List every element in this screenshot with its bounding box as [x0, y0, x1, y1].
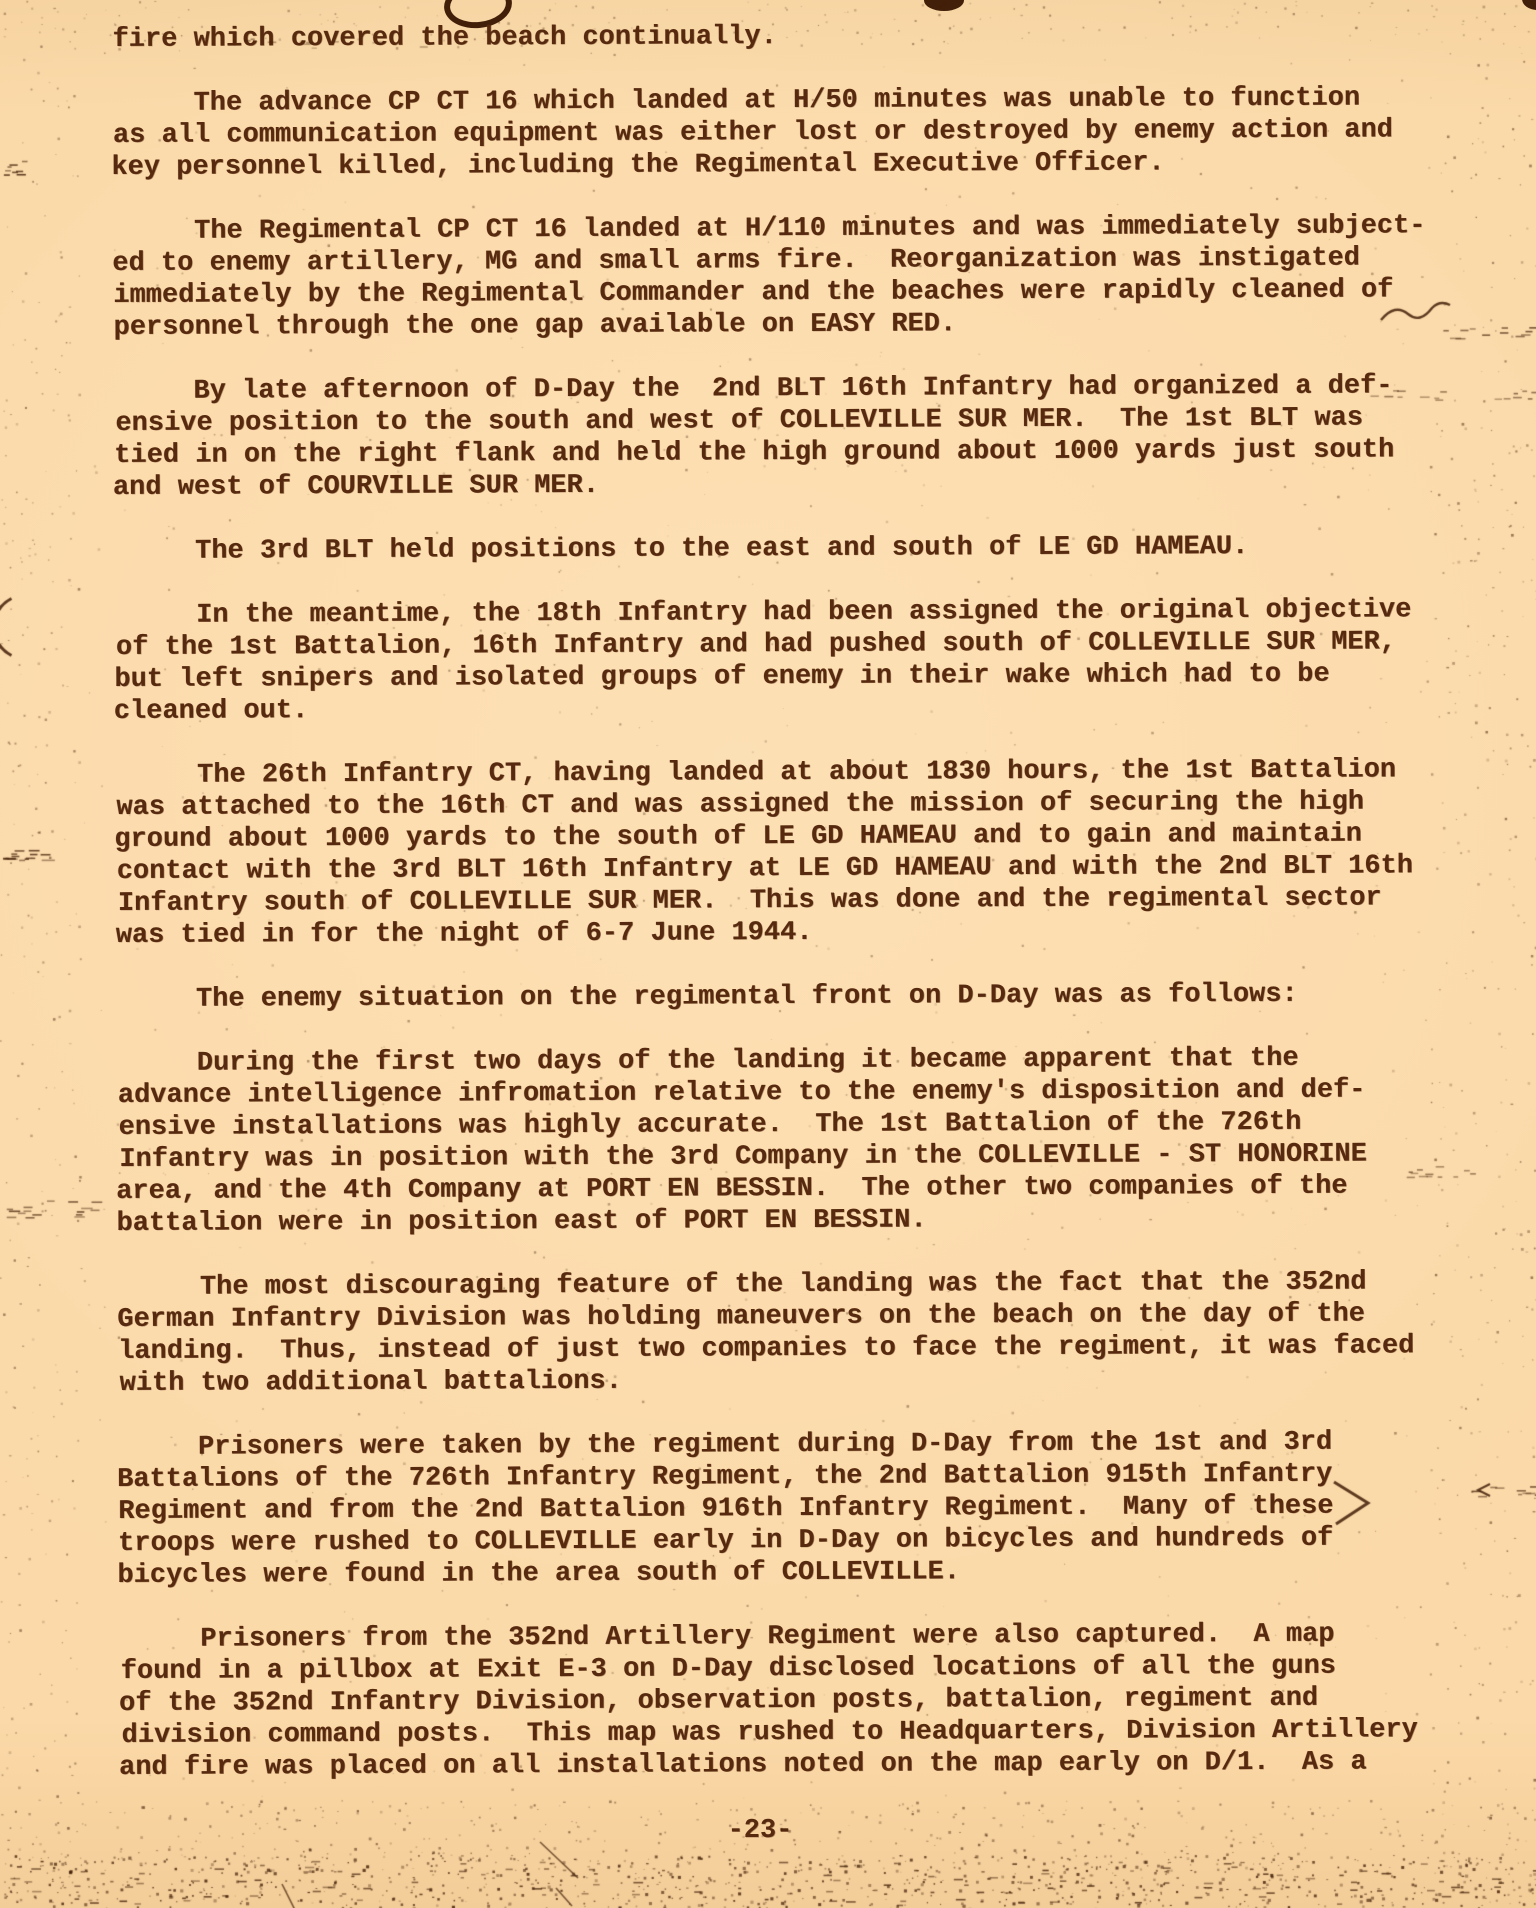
paragraph: Prisoners from the 352nd Artillery Regim…: [119, 1618, 1480, 1784]
text-line: personnel through the one gap available …: [114, 306, 1474, 344]
text-line: area, and the 4th Company at PORT EN BES…: [116, 1170, 1477, 1208]
paragraph: The 26th Infantry CT, having landed at a…: [115, 754, 1476, 952]
paragraph: In the meantime, the 18th Infantry had b…: [115, 594, 1476, 728]
paragraph: The enemy situation on the regimental fr…: [116, 978, 1476, 1016]
document-text: fire which covered the beach continually…: [112, 18, 1480, 1784]
paragraph: fire which covered the beach continually…: [112, 18, 1472, 56]
text-line: and fire was placed on all installations…: [119, 1746, 1480, 1784]
paragraph: During the first two days of the landing…: [116, 1042, 1477, 1240]
text-line: battalion were in position east of PORT …: [116, 1202, 1477, 1240]
text-line: with two additional battalions.: [120, 1362, 1478, 1400]
text-line: cleaned out.: [114, 690, 1475, 728]
paragraph: The most discouraging feature of the lan…: [117, 1266, 1478, 1400]
text-line: immediately by the Regimental Commander …: [113, 274, 1473, 312]
ink-blob-top-center: [924, 0, 964, 11]
text-line: and west of COURVILLE SUR MER.: [113, 466, 1474, 504]
text-line: but left snipers and isolated groups of …: [114, 658, 1475, 696]
text-line: The 3rd BLT held positions to the east a…: [114, 530, 1474, 568]
paragraph: By late afternoon of D-Day the 2nd BLT 1…: [114, 370, 1475, 504]
page-number: -23-: [112, 1816, 1408, 1846]
paragraph: The 3rd BLT held positions to the east a…: [114, 530, 1474, 568]
text-line: bicycles were found in the area south of…: [117, 1554, 1478, 1592]
paragraph: The advance CP CT 16 which landed at H/5…: [112, 82, 1472, 184]
text-line: landing. Thus, instead of just two compa…: [118, 1330, 1478, 1368]
text-line: was tied in for the night of 6-7 June 19…: [116, 914, 1476, 952]
text-line: Infantry south of COLLEVILLE SUR MER. Th…: [118, 882, 1476, 920]
paragraph: The Regimental CP CT 16 landed at H/110 …: [113, 210, 1474, 344]
text-line: troops were rushed to COLLEVILLE early i…: [118, 1522, 1479, 1560]
text-line: key personnel killed, including the Regi…: [111, 146, 1472, 184]
text-line: The enemy situation on the regimental fr…: [115, 978, 1476, 1016]
ink-blob-top-right-corner: [1522, 0, 1536, 10]
text-line: as all communication equipment was eithe…: [113, 114, 1473, 152]
text-line: tied in on the right flank and held the …: [114, 434, 1474, 472]
paragraph: Prisoners were taken by the regiment dur…: [118, 1426, 1479, 1592]
text-line: fire which covered the beach continually…: [112, 18, 1472, 56]
scanned-document-page: fire which covered the beach continually…: [0, 0, 1536, 1908]
